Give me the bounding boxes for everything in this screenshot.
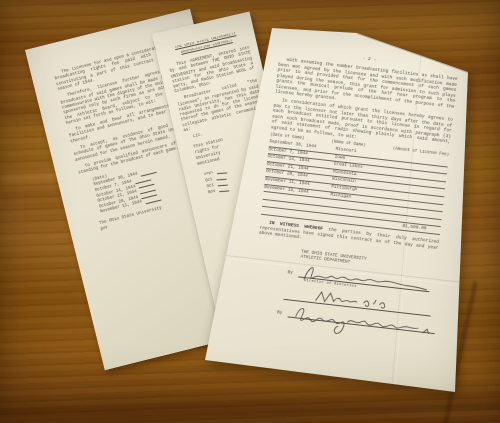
fill-in-line [219, 191, 229, 193]
fill-in-line [217, 172, 227, 174]
by-label: By [287, 270, 293, 276]
page-front-content: - 2 - with assuming the number broadcast… [242, 30, 469, 334]
signature-block: THE OHIO STATE UNIVERSITY ATHLETIC DEPAR… [294, 249, 445, 334]
by-label: By [277, 310, 283, 316]
photo-of-documents: The licensee for and upon a consideratio… [0, 0, 500, 423]
schedule-table: (Date of Game) (Name of Game) (Amount of… [261, 133, 449, 235]
